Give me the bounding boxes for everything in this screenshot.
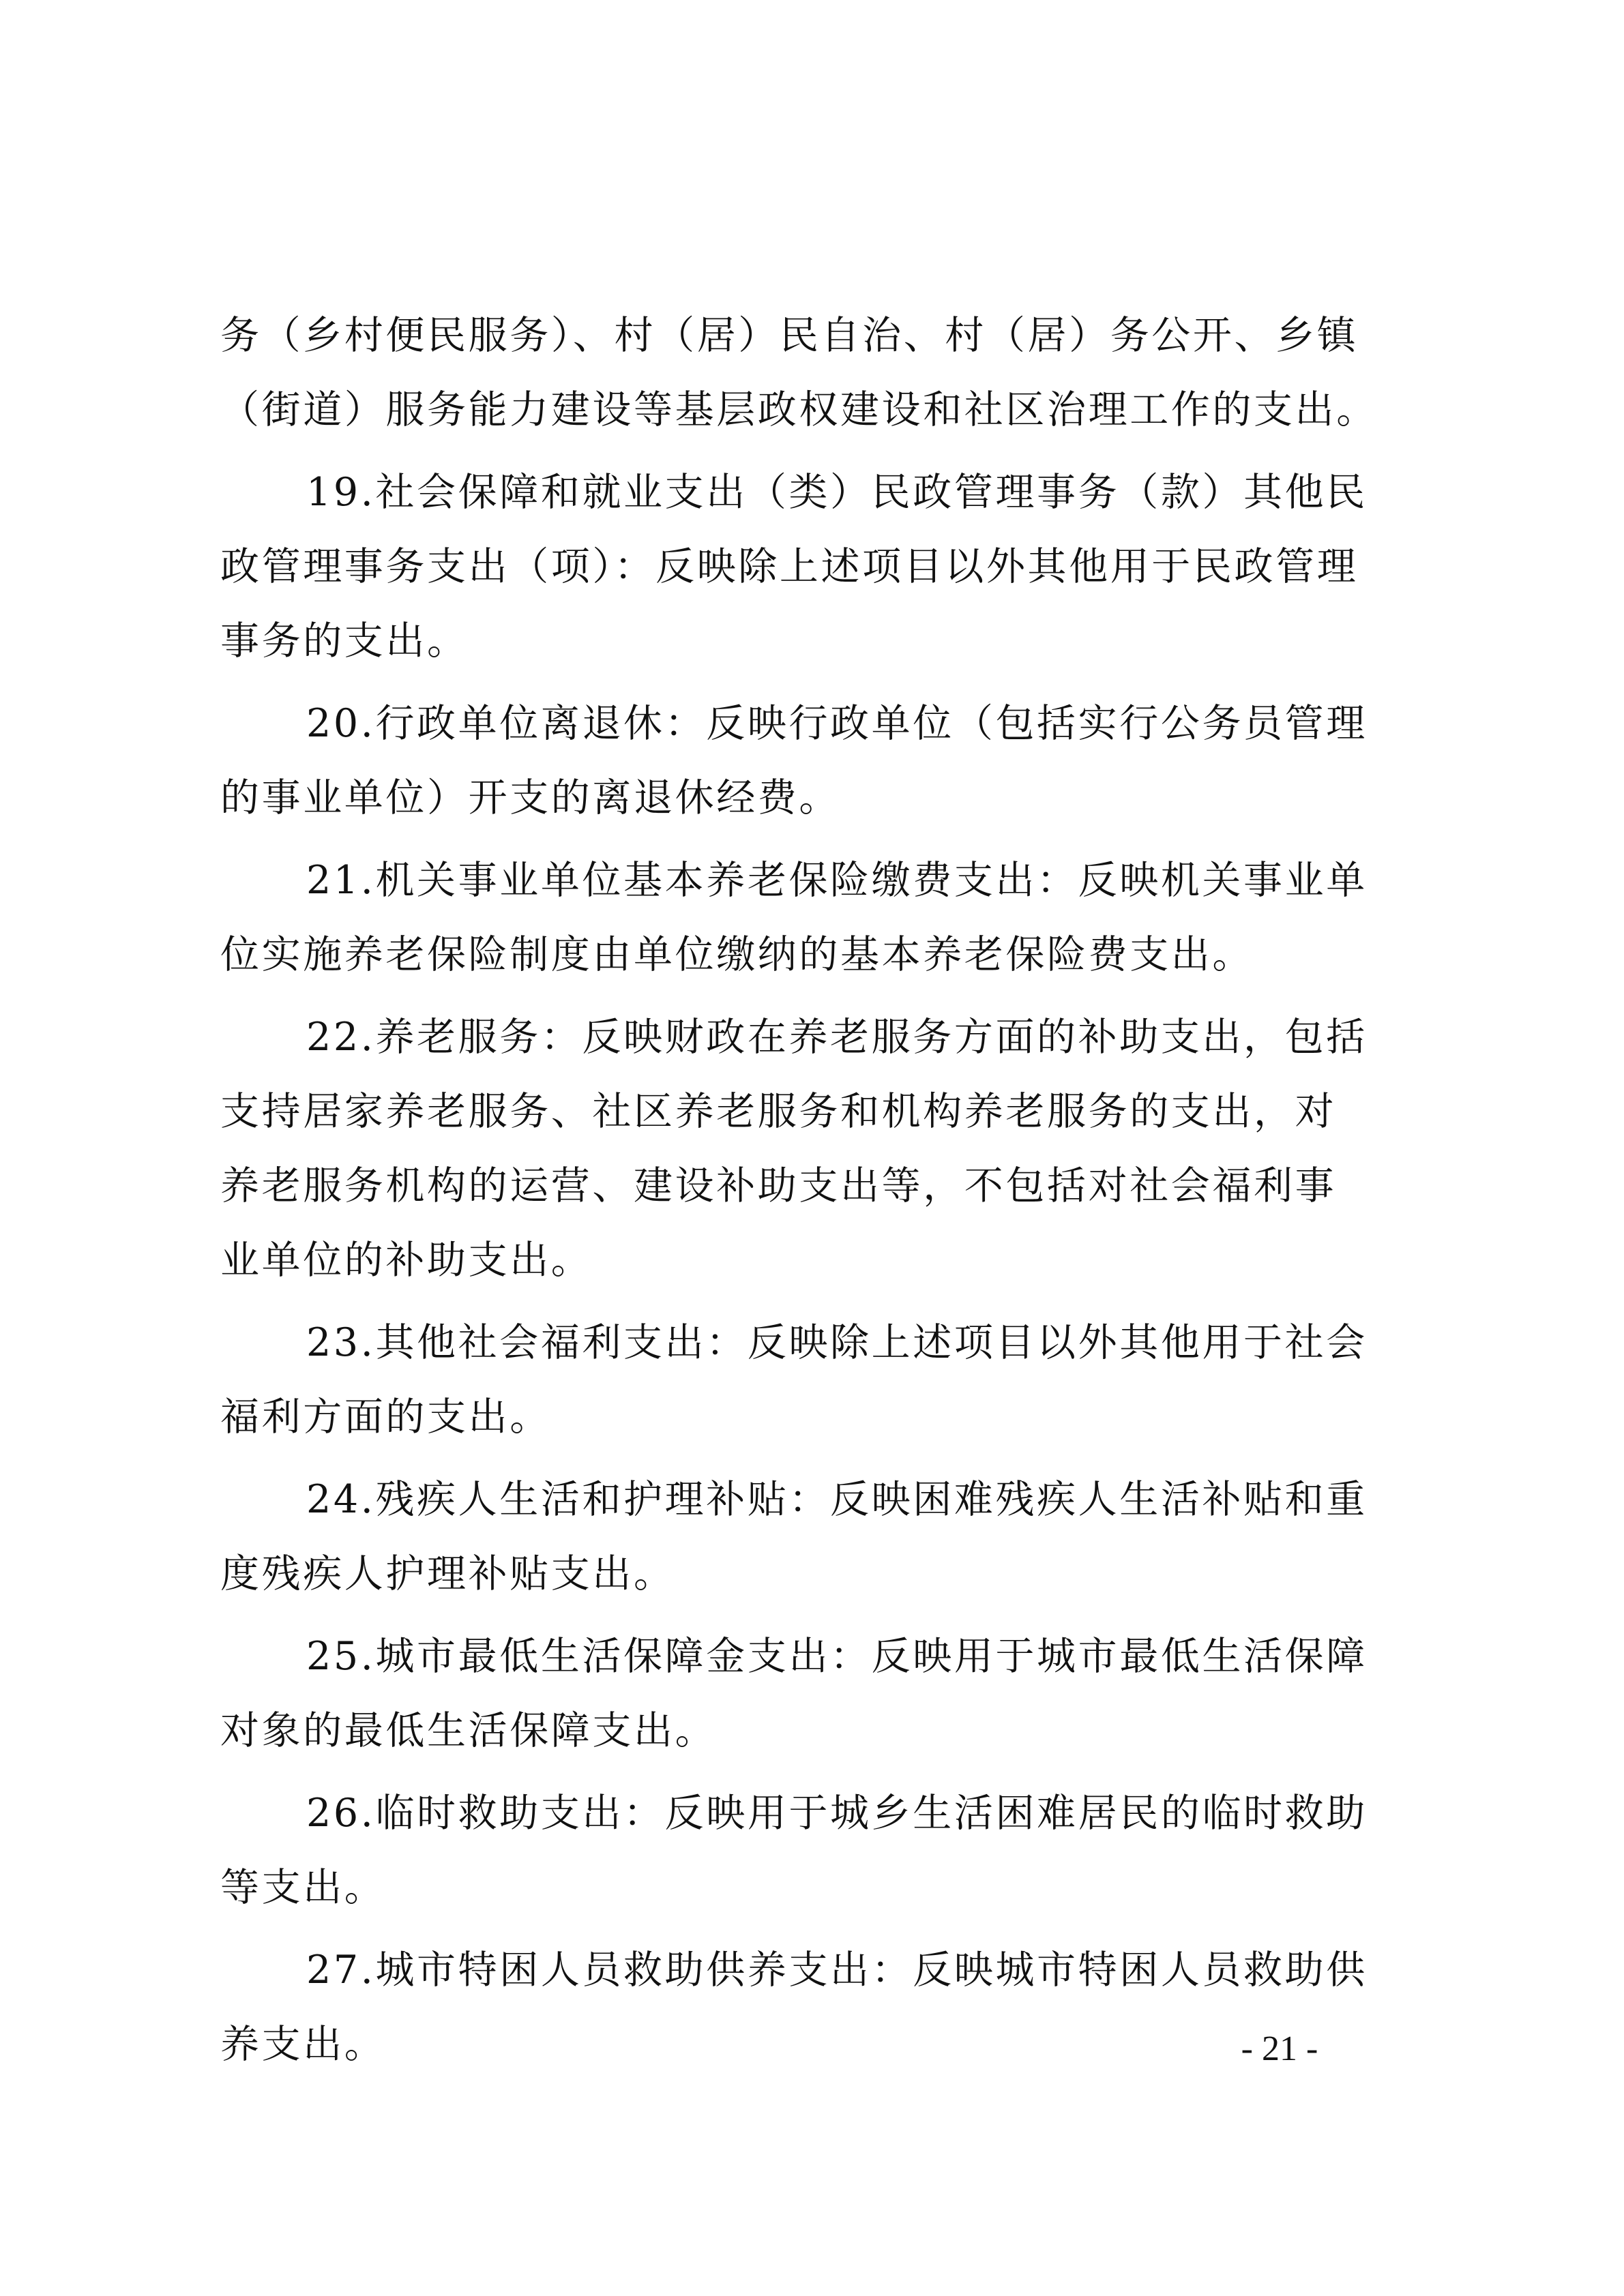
text-line: 业单位的补助支出。 xyxy=(220,1223,1400,1298)
body-text: 务（乡村便民服务）、村（居）民自治、村（居）务公开、乡镇 （街道）服务能力建设等… xyxy=(220,299,1400,2082)
paragraph-continuation: 务（乡村便民服务）、村（居）民自治、村（居）务公开、乡镇 （街道）服务能力建设等… xyxy=(220,299,1400,447)
paragraph-item-25: 25.城市最低生活保障金支出：反映用于城市最低生活保障 对象的最低生活保障支出。 xyxy=(220,1620,1400,1768)
text-line: 27.城市特困人员救助供养支出：反映城市特困人员救助供 xyxy=(220,1933,1400,2008)
text-line: 事务的支出。 xyxy=(220,604,1400,679)
text-line: 22.养老服务：反映财政在养老服务方面的补助支出，包括 xyxy=(220,1000,1400,1075)
paragraph-item-26: 26.临时救助支出：反映用于城乡生活困难居民的临时救助 等支出。 xyxy=(220,1776,1400,1925)
paragraph-item-21: 21.机关事业单位基本养老保险缴费支出：反映机关事业单 位实施养老保险制度由单位… xyxy=(220,844,1400,992)
text-line: 25.城市最低生活保障金支出：反映用于城市最低生活保障 xyxy=(220,1620,1400,1694)
text-line: 务（乡村便民服务）、村（居）民自治、村（居）务公开、乡镇 xyxy=(220,299,1400,373)
text-line: 24.残疾人生活和护理补贴：反映困难残疾人生活补贴和重 xyxy=(220,1463,1400,1537)
text-line: 19.社会保障和就业支出（类）民政管理事务（款）其他民 xyxy=(220,456,1400,530)
text-line: 对象的最低生活保障支出。 xyxy=(220,1694,1400,1768)
text-line: 26.临时救助支出：反映用于城乡生活困难居民的临时救助 xyxy=(220,1776,1400,1851)
text-line: 20.行政单位离退休：反映行政单位（包括实行公务员管理 xyxy=(220,687,1400,761)
text-line: 等支出。 xyxy=(220,1851,1400,1925)
text-line: 福利方面的支出。 xyxy=(220,1380,1400,1455)
text-line: （街道）服务能力建设等基层政权建设和社区治理工作的支出。 xyxy=(220,373,1400,447)
text-line: 21.机关事业单位基本养老保险缴费支出：反映机关事业单 xyxy=(220,844,1400,918)
paragraph-item-23: 23.其他社会福利支出：反映除上述项目以外其他用于社会 福利方面的支出。 xyxy=(220,1306,1400,1455)
text-line: 位实施养老保险制度由单位缴纳的基本养老保险费支出。 xyxy=(220,918,1400,992)
page-number: - 21 - xyxy=(1218,2029,1341,2069)
text-line: 支持居家养老服务、社区养老服务和机构养老服务的支出，对 xyxy=(220,1075,1400,1149)
paragraph-item-20: 20.行政单位离退休：反映行政单位（包括实行公务员管理 的事业单位）开支的离退休… xyxy=(220,687,1400,835)
text-line: 的事业单位）开支的离退休经费。 xyxy=(220,761,1400,835)
paragraph-item-19: 19.社会保障和就业支出（类）民政管理事务（款）其他民 政管理事务支出（项）：反… xyxy=(220,456,1400,679)
document-page: 务（乡村便民服务）、村（居）民自治、村（居）务公开、乡镇 （街道）服务能力建设等… xyxy=(0,0,1624,2296)
text-line: 度残疾人护理补贴支出。 xyxy=(220,1537,1400,1611)
text-line: 养老服务机构的运营、建设补助支出等，不包括对社会福利事 xyxy=(220,1149,1400,1223)
text-line: 23.其他社会福利支出：反映除上述项目以外其他用于社会 xyxy=(220,1306,1400,1380)
text-line: 政管理事务支出（项）：反映除上述项目以外其他用于民政管理 xyxy=(220,530,1400,604)
paragraph-item-24: 24.残疾人生活和护理补贴：反映困难残疾人生活补贴和重 度残疾人护理补贴支出。 xyxy=(220,1463,1400,1611)
paragraph-item-22: 22.养老服务：反映财政在养老服务方面的补助支出，包括 支持居家养老服务、社区养… xyxy=(220,1000,1400,1298)
